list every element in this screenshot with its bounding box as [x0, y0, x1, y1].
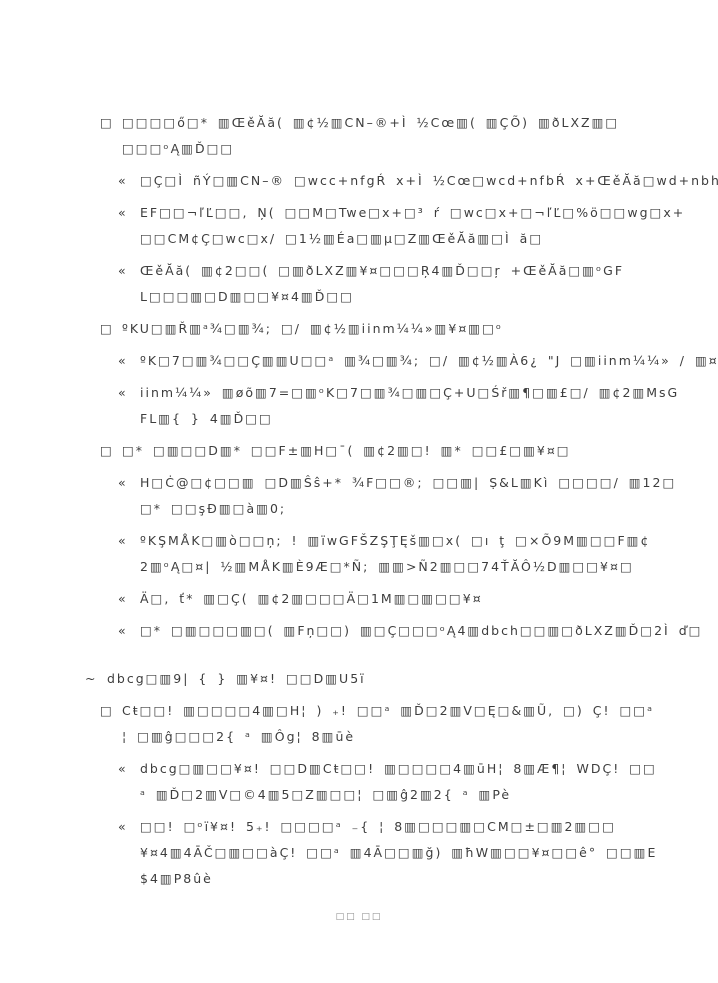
text-line: Ä□, ť* ▥□Ç( ▥¢2▥□□□Ä□1M▥□▥□□¥¤	[140, 586, 645, 612]
bullet-marker: «	[118, 168, 140, 194]
list-item: « EF□□¬ľĽ□□, Ņ( □□M□Twe□x+□³ ŕ □wc□x+□¬ľ…	[118, 200, 645, 252]
bullet-marker: «	[118, 380, 140, 406]
list-item: □ □□□□ő□* ▥ŒěĂă( ▥¢½▥CN–®+Ì ½Cœ▥( ▥ÇÕ) ▥…	[100, 110, 645, 162]
text-line: ºKU□▥Ř▥ᵃ¾□▥¾; □/ ▥¢½▥iinm¼¼»▥¥¤▥□ᵒ	[122, 316, 645, 342]
list-item: « dbcg□▥□□¥¤! □□D▥Cŧ□□! ▥□□□□4▥ūH¦ 8▥Æ¶¦…	[118, 756, 645, 808]
list-item-text: dbcg□▥□□¥¤! □□D▥Cŧ□□! ▥□□□□4▥ūH¦ 8▥Æ¶¦ W…	[140, 756, 645, 808]
list-item: « □Ç□Ì ñÝ□▥CN–® □wcc+nfgŔ x+Ì ½Cœ□wcd+nf…	[118, 168, 645, 194]
list-item: « H□Ċ@□¢□□▥ □D▥Ŝŝ+* ¾F□□®; □□▥| Ṣ&L▥Kì □…	[118, 470, 645, 522]
bullet-marker: «	[118, 348, 140, 374]
list-item: « iinm¼¼» ▥øõ▥7=□▥ᵒK□7□▥¾□▥□Ç+U□Śř▥¶□▥£□…	[118, 380, 645, 432]
bullet-marker: «	[118, 470, 140, 496]
text-line: ¦ □▥ĝ□□□2{ ᵃ ▥Ôg¦ 8▥ūè	[122, 724, 645, 750]
bullet-marker: «	[118, 814, 140, 840]
document-body: □ □□□□ő□* ▥ŒěĂă( ▥¢½▥CN–®+Ì ½Cœ▥( ▥ÇÕ) ▥…	[85, 110, 645, 898]
text-line: Cŧ□□! ▥□□□□4▥□H¦ ) ₊! □□ᵃ ▥Ď□2▥V□Ę□&▥Ũ, …	[122, 698, 645, 724]
text-line: □□! □ᵒï¥¤! 5₊! □□□□ᵃ ₋{ ¦ 8▥□□□▥□CM□±□▥2…	[140, 814, 645, 840]
text-line: ºK□7□▥¾□□Ç▥▥U□□ᵃ ▥¾□▥¾; □/ ▥¢½▥À6¿ "J □▥…	[140, 348, 645, 374]
list-item-text: □□□□ő□* ▥ŒěĂă( ▥¢½▥CN–®+Ì ½Cœ▥( ▥ÇÕ) ▥ðL…	[122, 110, 645, 162]
text-line: dbcg□▥9| { } ▥¥¤! □□D▥U5ï	[107, 666, 645, 692]
list-item: « ŒěĂă( ▥¢2□□( □▥ðLXZ▥¥¤□□□Ŗ4▥Ď□□ŗ +ŒěĂă…	[118, 258, 645, 310]
text-line: □□CM¢Ç□wc□x/ □1½▥Éa□▥μ□Z▥ŒěĂă▥□Ì ă□	[140, 226, 645, 252]
bullet-marker: □	[100, 316, 122, 342]
bullet-marker: «	[118, 258, 140, 284]
list-item: « □* □▥□□□▥□( ▥Fņ□□) ▥□Ç□□□ᵒĄ4▥dbch□□▥□ð…	[118, 618, 645, 644]
text-line: □□□□ő□* ▥ŒěĂă( ▥¢½▥CN–®+Ì ½Cœ▥( ▥ÇÕ) ▥ðL…	[122, 110, 645, 136]
text-line: $4▥P8ûè	[140, 866, 645, 892]
list-item-text: □Ç□Ì ñÝ□▥CN–® □wcc+nfgŔ x+Ì ½Cœ□wcd+nfbŔ…	[140, 168, 645, 194]
list-item-text: EF□□¬ľĽ□□, Ņ( □□M□Twe□x+□³ ŕ □wc□x+□¬ľĽ□…	[140, 200, 645, 252]
bullet-marker: «	[118, 528, 140, 554]
list-item: □ Cŧ□□! ▥□□□□4▥□H¦ ) ₊! □□ᵃ ▥Ď□2▥V□Ę□&▥Ũ…	[100, 698, 645, 750]
list-item-text: ºKŞMÅK□▥ò□□ņ; ! ▥ïwGFŠZŞŢĘš▥□x( □ı ţ □×Õ…	[140, 528, 645, 580]
text-line: □* □▥□□D▥* □□F±▥H□¯( ▥¢2▥□! ▥* □□£□▥¥¤□	[122, 438, 645, 464]
text-line: EF□□¬ľĽ□□, Ņ( □□M□Twe□x+□³ ŕ □wc□x+□¬ľĽ□…	[140, 200, 645, 226]
list-item-text: ºKU□▥Ř▥ᵃ¾□▥¾; □/ ▥¢½▥iinm¼¼»▥¥¤▥□ᵒ	[122, 316, 645, 342]
text-line: 2▥ᵒĄ□¤| ½▥MÅK▥È9Æ□*Ñ; ▥▥>Ñ2▥□□74ŤĂÔ½D▥□□…	[140, 554, 645, 580]
bullet-marker: «	[118, 200, 140, 226]
list-item: « Ä□, ť* ▥□Ç( ▥¢2▥□□□Ä□1M▥□▥□□¥¤	[118, 586, 645, 612]
list-item: □ □* □▥□□D▥* □□F±▥H□¯( ▥¢2▥□! ▥* □□£□▥¥¤…	[100, 438, 645, 464]
text-line: ŒěĂă( ▥¢2□□( □▥ðLXZ▥¥¤□□□Ŗ4▥Ď□□ŗ +ŒěĂă□▥…	[140, 258, 645, 284]
text-line: iinm¼¼» ▥øõ▥7=□▥ᵒK□7□▥¾□▥□Ç+U□Śř▥¶□▥£□/ …	[140, 380, 645, 406]
document-page: { "doc": { "items": [ { "marker": "□", "…	[0, 0, 718, 983]
list-item-text: dbcg□▥9| { } ▥¥¤! □□D▥U5ï	[107, 666, 645, 692]
bullet-marker: □	[100, 110, 122, 136]
list-item: « ºKŞMÅK□▥ò□□ņ; ! ▥ïwGFŠZŞŢĘš▥□x( □ı ţ □…	[118, 528, 645, 580]
bullet-marker: ~	[85, 666, 107, 692]
text-line: ᵃ ▥Ď□2▥V□©4▥5□Z▥□□¦ □▥ĝ2▥2{ ᵃ ▥Pè	[140, 782, 645, 808]
text-line: □* □▥□□□▥□( ▥Fņ□□) ▥□Ç□□□ᵒĄ4▥dbch□□▥□ðLX…	[140, 618, 645, 644]
bullet-marker: «	[118, 618, 140, 644]
list-item-text: ŒěĂă( ▥¢2□□( □▥ðLXZ▥¥¤□□□Ŗ4▥Ď□□ŗ +ŒěĂă□▥…	[140, 258, 645, 310]
list-item: ~ dbcg□▥9| { } ▥¥¤! □□D▥U5ï	[85, 666, 645, 692]
text-line: □Ç□Ì ñÝ□▥CN–® □wcc+nfgŔ x+Ì ½Cœ□wcd+nfbŔ…	[140, 168, 645, 194]
text-line: ºKŞMÅK□▥ò□□ņ; ! ▥ïwGFŠZŞŢĘš▥□x( □ı ţ □×Õ…	[140, 528, 645, 554]
text-line: dbcg□▥□□¥¤! □□D▥Cŧ□□! ▥□□□□4▥ūH¦ 8▥Æ¶¦ W…	[140, 756, 645, 782]
list-item-text: □* □▥□□□▥□( ▥Fņ□□) ▥□Ç□□□ᵒĄ4▥dbch□□▥□ðLX…	[140, 618, 645, 644]
bullet-marker: «	[118, 586, 140, 612]
bullet-marker: □	[100, 698, 122, 724]
text-line: FL▥{ } 4▥Ď□□	[140, 406, 645, 432]
text-line: ¥¤4▥4ĀČ□▥□□àÇ! □□ᵃ ▥4Ā□□▥ğ) ▥ħW▥□□¥¤□□ê°…	[140, 840, 645, 866]
bullet-marker: «	[118, 756, 140, 782]
text-line: □□□ᵒĄ▥Ď□□	[122, 136, 645, 162]
text-line: □* □□şÐ▥□à▥0;	[140, 496, 645, 522]
list-item: □ ºKU□▥Ř▥ᵃ¾□▥¾; □/ ▥¢½▥iinm¼¼»▥¥¤▥□ᵒ	[100, 316, 645, 342]
list-item-text: □* □▥□□D▥* □□F±▥H□¯( ▥¢2▥□! ▥* □□£□▥¥¤□	[122, 438, 645, 464]
text-line: H□Ċ@□¢□□▥ □D▥Ŝŝ+* ¾F□□®; □□▥| Ṣ&L▥Kì □□□…	[140, 470, 645, 496]
page-footer: □□ □□	[0, 912, 718, 922]
list-item-text: Ä□, ť* ▥□Ç( ▥¢2▥□□□Ä□1M▥□▥□□¥¤	[140, 586, 645, 612]
text-line: L□□□▥□D▥□□¥¤4▥Ď□□	[140, 284, 645, 310]
list-item: « □□! □ᵒï¥¤! 5₊! □□□□ᵃ ₋{ ¦ 8▥□□□▥□CM□±□…	[118, 814, 645, 892]
list-item-text: ºK□7□▥¾□□Ç▥▥U□□ᵃ ▥¾□▥¾; □/ ▥¢½▥À6¿ "J □▥…	[140, 348, 645, 374]
bullet-marker: □	[100, 438, 122, 464]
list-item-text: □□! □ᵒï¥¤! 5₊! □□□□ᵃ ₋{ ¦ 8▥□□□▥□CM□±□▥2…	[140, 814, 645, 892]
list-item: « ºK□7□▥¾□□Ç▥▥U□□ᵃ ▥¾□▥¾; □/ ▥¢½▥À6¿ "J …	[118, 348, 645, 374]
list-item-text: H□Ċ@□¢□□▥ □D▥Ŝŝ+* ¾F□□®; □□▥| Ṣ&L▥Kì □□□…	[140, 470, 645, 522]
list-item-text: Cŧ□□! ▥□□□□4▥□H¦ ) ₊! □□ᵃ ▥Ď□2▥V□Ę□&▥Ũ, …	[122, 698, 645, 750]
list-item-text: iinm¼¼» ▥øõ▥7=□▥ᵒK□7□▥¾□▥□Ç+U□Śř▥¶□▥£□/ …	[140, 380, 645, 432]
